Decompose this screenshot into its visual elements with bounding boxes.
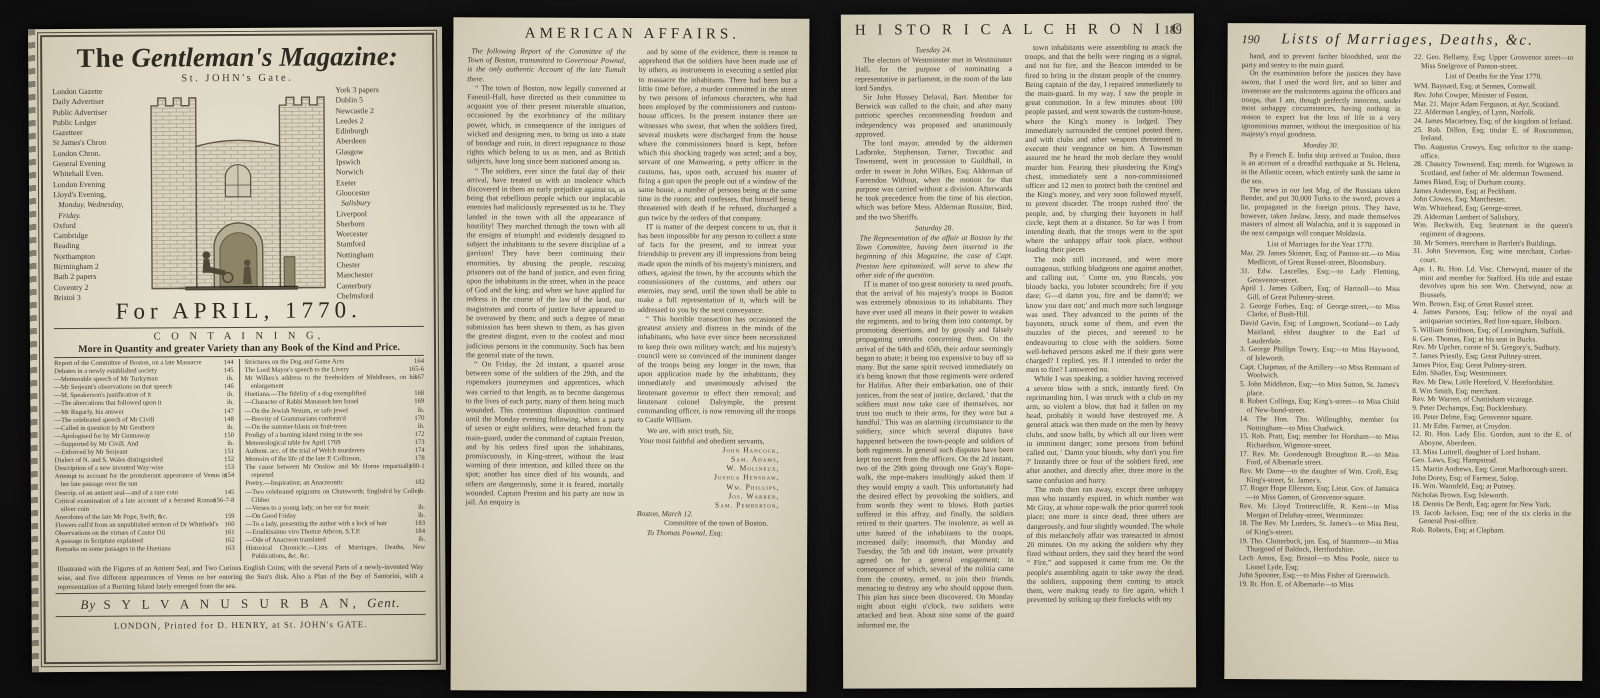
american-affairs-page: AMERICAN AFFAIRS. The following Report o… bbox=[451, 17, 810, 692]
newspaper-name: Monday, Wednesday, Friday. bbox=[53, 200, 140, 221]
page-content: 190 Lists of Marriages, Deaths, &c. hand… bbox=[1238, 31, 1573, 673]
death-entry: 28. Chauncy Townsend, Esq; memb. for Wig… bbox=[1413, 160, 1573, 178]
marriage-entry: 19. Rt. Hon. E. of Albemarle—to Miss bbox=[1239, 580, 1399, 590]
contents-entry: 156-7-8Critical examination of a late ac… bbox=[55, 497, 235, 514]
paragraph: “ On Friday, the 2d instant, a quarrel a… bbox=[465, 359, 624, 507]
newspaper-list-right: York 3 papersDublin 5Newcastle 2Leedes 2… bbox=[335, 83, 423, 302]
byline-by: By bbox=[80, 597, 96, 612]
newspaper-name: Newcastle 2 bbox=[336, 105, 423, 116]
page-header-lists: 190 Lists of Marriages, Deaths, &c. bbox=[1242, 31, 1574, 50]
st-johns-gate-engraving bbox=[139, 83, 336, 297]
marriage-entry: 17. Rev. Mr. Goodenough Broughton R.—to … bbox=[1239, 450, 1399, 468]
death-entry: 12. Rt. Hon. Lady Eliz. Gordon, aunt to … bbox=[1412, 430, 1572, 448]
page-content: AMERICAN AFFAIRS. The following Report o… bbox=[465, 25, 798, 683]
binding-edge bbox=[28, 29, 39, 672]
column-left: The following Report of the Committee of… bbox=[465, 46, 626, 536]
contents-entry: 167Mr Wilkes's address to the freeholder… bbox=[245, 374, 425, 391]
text-columns: hand, and to prevent farther bloodshed, … bbox=[1239, 52, 1574, 591]
magazine-title: The Gentleman's Magazine: bbox=[52, 41, 422, 73]
newspaper-name: Canterbury bbox=[337, 280, 424, 291]
column-left: hand, and to prevent farther bloodshed, … bbox=[1239, 52, 1401, 590]
magazine-title-main: Gentleman's Magazine: bbox=[131, 41, 397, 73]
letter-closing: We are, with strict truth, Sir, Your mos… bbox=[637, 426, 796, 445]
news-paragraphs: By a French E. India ship arrived at Tou… bbox=[1241, 151, 1401, 239]
marriage-entry: 31. Edw. Lascelles, Esq;—to Lady Fleming… bbox=[1240, 267, 1400, 285]
paragraph: “ This horrible transaction has occasion… bbox=[637, 314, 796, 425]
death-entry: Rob. Roberts, Esq; at Clapham. bbox=[1412, 526, 1572, 536]
newspaper-name: Coventry 2 bbox=[54, 282, 141, 293]
paragraph: On the examination before the justices t… bbox=[1241, 70, 1401, 140]
newspaper-name: Daily Advertiser bbox=[52, 97, 139, 108]
addressee-line: To Thomas Pownal, Esq; bbox=[637, 528, 796, 538]
newspaper-name: Stamford bbox=[336, 239, 423, 250]
marriages-list: Mar. 29. James Skinner, Esq; of Panton-s… bbox=[1239, 250, 1400, 590]
marriage-entry: 18. The Rev. Mr Lueders, St. James's—to … bbox=[1239, 519, 1399, 537]
deaths-list: WM. Baynard, Esq; at Sennen, Cornwall.Re… bbox=[1412, 82, 1574, 535]
page-content: H I STO R I C A L C H R O N I C L E. 189… bbox=[855, 21, 1184, 680]
contents-table: 144Report of the Committee of Boston, on… bbox=[54, 355, 425, 563]
closing-line-2: Your most faithful and obedient servants… bbox=[637, 436, 796, 446]
paragraph: hand, and to prevent farther bloodshed, … bbox=[1241, 52, 1401, 70]
death-entry: Wm. Beckwith, Esq; lieutenant in the que… bbox=[1413, 221, 1573, 239]
newspaper-list-left: London GazetteDaily AdvertiserPublic Adv… bbox=[52, 85, 140, 304]
marriage-entry: 5. John Middleton, Esq;—to Miss Sutton, … bbox=[1240, 380, 1400, 398]
marriage-entry: 19. Tho. Clutterbuck, jun. Esq, of Stanm… bbox=[1239, 537, 1399, 555]
newspaper-name: Ipswich bbox=[336, 157, 423, 168]
newspaper-name: Sherborn bbox=[336, 219, 423, 230]
newspaper-name: Public Ledger bbox=[53, 117, 140, 128]
paragraph: The mob then ran away, except three unha… bbox=[1026, 484, 1183, 604]
historical-chronicle-page: H I STO R I C A L C H R O N I C L E. 189… bbox=[841, 13, 1196, 688]
paragraph: The mob still increased, and were more o… bbox=[1026, 254, 1183, 374]
column-right: town inhabitants were assembling to atta… bbox=[1025, 42, 1184, 628]
magazine-title-the: The bbox=[77, 43, 125, 73]
marriage-entry: Mar. 29. James Skinner, Esq; of Panton-s… bbox=[1240, 250, 1400, 268]
column-left: Tuesday 24. The electors of Westminster … bbox=[855, 43, 1014, 629]
death-entry: Apr. 1. Rt. Hon. Ld. Visc. Chetwynd, mas… bbox=[1413, 265, 1573, 301]
motto-line: More in Quantity and greater Variety tha… bbox=[54, 342, 424, 355]
paragraph: and by some of the evidence, there is re… bbox=[638, 47, 797, 223]
newspaper-name: Norwich bbox=[336, 167, 423, 178]
marriage-entry: Capt. Chapman, of the Artillery—to Miss … bbox=[1240, 363, 1400, 381]
report-paragraphs-continued: and by some of the evidence, there is re… bbox=[637, 47, 797, 425]
marriage-entry: April 1. James Gilbert, Esq; of Hartnoll… bbox=[1240, 284, 1400, 302]
page-number: 190 bbox=[1242, 32, 1260, 47]
text-columns: Tuesday 24. The electors of Westminster … bbox=[855, 42, 1184, 629]
newspaper-name: Gloucester bbox=[336, 188, 423, 199]
date-heading-saturday-28: Saturday 28. bbox=[856, 223, 1013, 233]
page-header-american-affairs: AMERICAN AFFAIRS. bbox=[467, 25, 797, 43]
signature-date-row: Boston, March 12. bbox=[637, 509, 796, 519]
text-columns: The following Report of the Committee of… bbox=[465, 46, 797, 537]
cover-frame: The Gentleman's Magazine: St. JOHN's Gat… bbox=[40, 33, 438, 664]
death-entry: 25. Rob. Dillon, Esq; titular E. of Rosc… bbox=[1414, 126, 1574, 144]
newspaper-name: Public Advertiser bbox=[53, 107, 140, 118]
column-right: and by some of the evidence, there is re… bbox=[637, 47, 798, 537]
newspaper-name: Nottingham bbox=[336, 250, 423, 261]
paragraph: The news in our last Mag. of the Russian… bbox=[1241, 186, 1401, 239]
contents-entry: ib.—Two celebrated epigrams on Chatswort… bbox=[245, 487, 425, 504]
paragraph: “ The town of Boston, now legally conven… bbox=[467, 83, 626, 167]
death-entry: 4. James Parsons, Esq; fellow of the roy… bbox=[1413, 308, 1573, 326]
newspaper-name: Birmingham 2 bbox=[53, 262, 140, 273]
cover-page: The Gentleman's Magazine: St. JOHN's Gat… bbox=[28, 27, 446, 673]
preston-account-paragraph: IT is matter of too great notoriety to n… bbox=[856, 279, 1014, 629]
lists-title: Lists of Marriages, Deaths, &c. bbox=[1281, 31, 1534, 48]
marriage-entry: Lech Amos, Esq; Bristol—to Miss Poole, n… bbox=[1239, 554, 1399, 572]
marriages-deaths-page: 190 Lists of Marriages, Deaths, &c. hand… bbox=[1224, 23, 1585, 681]
newspaper-name: Northampton bbox=[53, 251, 140, 262]
marriage-entry: 15. Rob. Pratt, Esq; member for Horsham—… bbox=[1239, 432, 1399, 450]
report-paragraphs: “ The town of Boston, now legally conven… bbox=[465, 83, 625, 507]
newspaper-name: Glasgow bbox=[336, 147, 423, 158]
illustration-note: Illustrated with the Figures of an Antie… bbox=[55, 563, 425, 591]
paragraph: Sir John Hussey Delaval, Bart. Member fo… bbox=[855, 92, 1012, 139]
newspaper-name: Aberdeen bbox=[336, 136, 423, 147]
marriage-entry: 14. The Hon. Tho. Willoughby, member for… bbox=[1240, 415, 1400, 433]
chronicle-paragraphs: The electors of Westminster met in Westm… bbox=[855, 55, 1013, 221]
editorial-note: The Representation of the affair at Bost… bbox=[856, 233, 1013, 280]
chronicle-title: H I STO R I C A L C H R O N I C L E. bbox=[855, 21, 1196, 38]
letter-date: Boston, March 12. bbox=[637, 509, 693, 518]
newspaper-name: Bath 2 papers bbox=[54, 272, 141, 283]
byline-name: S Y L V A N U S U R B A N, bbox=[103, 595, 359, 612]
newspaper-name: Worcester bbox=[336, 229, 423, 240]
newspaper-name: Dublin 5 bbox=[335, 95, 422, 106]
paragraph: The electors of Westminster met in Westm… bbox=[855, 55, 1012, 92]
paragraph: While I was speaking, a soldier having r… bbox=[1026, 374, 1183, 485]
byline: By S Y L V A N U S U R B A N, Gent. bbox=[55, 591, 425, 617]
newspaper-name: Whitehall Even. bbox=[53, 169, 140, 180]
newspaper-name: Gazetteer bbox=[53, 128, 140, 139]
marriage-entry: 22. Geo. Bellamy, Esq; Upper Grosvenor s… bbox=[1414, 53, 1574, 71]
gate-row: London GazetteDaily AdvertiserPublic Adv… bbox=[52, 83, 423, 297]
byline-gent: Gent. bbox=[367, 595, 401, 610]
marriage-entry: 3. George Phillips Towry, Esq;—to Miss H… bbox=[1240, 345, 1400, 363]
report-intro: The following Report of the Committee of… bbox=[467, 46, 626, 84]
newspaper-name: General Evening bbox=[53, 159, 140, 170]
newspaper-name: Salisbury bbox=[336, 198, 423, 209]
newspaper-name: Manchester bbox=[337, 270, 424, 281]
paragraph: “ The soldiers, ever since the fatal day… bbox=[466, 166, 625, 360]
newspaper-name: Lloyd's Evening, bbox=[53, 190, 140, 201]
newspaper-name: Liverpool bbox=[336, 208, 423, 219]
date-heading-tuesday-24: Tuesday 24. bbox=[855, 45, 1012, 55]
preston-account-continued: town inhabitants were assembling to atta… bbox=[1025, 42, 1184, 604]
newspaper-name: Exeter bbox=[336, 178, 423, 189]
closing-line-1: We are, with strict truth, Sir, bbox=[637, 426, 796, 436]
marriage-entry: 8. Robert Collings, Esq; King's-street—t… bbox=[1240, 398, 1400, 416]
marriage-entry: 17. Roger Hope Ellerson, Esq; Lieut. Gov… bbox=[1239, 485, 1399, 503]
newspaper-name: Oxford bbox=[53, 220, 140, 231]
imprint-line: LONDON, Printed for D. HENRY, at St. JOH… bbox=[56, 617, 426, 631]
paragraph: The lord mayor, attended by the aldermen… bbox=[855, 138, 1012, 221]
paragraph: By a French E. India ship arrived at Tou… bbox=[1241, 151, 1401, 187]
contents-entry: 163Remarks on some passages in the Hueti… bbox=[55, 545, 235, 554]
newspaper-name: Cambridge bbox=[53, 231, 140, 242]
newspaper-name: St James's Chron bbox=[53, 138, 140, 149]
containing-heading: C O N T A I N I N G, bbox=[54, 330, 424, 343]
paragraph: IT is matter of the deepest concern to u… bbox=[638, 222, 797, 315]
newspaper-name: Chester bbox=[336, 260, 423, 271]
death-entry: Tho. Augustus Cruwys, Esq; solicitor to … bbox=[1414, 143, 1574, 161]
signature-list: John Hancock,Sam. Adams,W. Molineux,Josh… bbox=[637, 445, 796, 510]
contents-left-column: 144Report of the Committee of Boston, on… bbox=[54, 359, 235, 562]
chronicle-end-paragraphs: hand, and to prevent farther bloodshed, … bbox=[1241, 52, 1401, 140]
death-entry: 19. Jacob Jackson, Esq; one of the six c… bbox=[1412, 509, 1572, 527]
newspaper-name: London Chron. bbox=[53, 148, 140, 159]
newspaper-name: Leedes 2 bbox=[336, 116, 423, 127]
marriage-entry: David Gavin, Esq; of Langtown, Scotland—… bbox=[1240, 319, 1400, 346]
death-entry: 31. John Stevenson, Esq; wine merchant, … bbox=[1413, 248, 1573, 266]
page-header-historical-chronicle: H I STO R I C A L C H R O N I C L E. 189 bbox=[855, 21, 1182, 39]
contents-right-column: 164Strictures on the Dog and Game Acts16… bbox=[239, 358, 426, 561]
newspaper-name: Edinburgh bbox=[336, 126, 423, 137]
newspaper-name: Reading bbox=[53, 241, 140, 252]
column-right: 22. Geo. Bellamy, Esq; Upper Grosvenor s… bbox=[1411, 53, 1573, 591]
page-number: 189 bbox=[1164, 22, 1182, 37]
newspaper-name: London Evening bbox=[53, 179, 140, 190]
contents-entry: 154Attempt to account for the protuberan… bbox=[55, 472, 235, 489]
marriage-entry: Rev. Mr. Lloyd Trotterscliffe, R. Kent—t… bbox=[1239, 502, 1399, 520]
marriage-entry: Rev. Mr Dame—to the daughter of Wm. Crof… bbox=[1239, 467, 1399, 485]
rule bbox=[54, 326, 424, 329]
contents-entry: Historical Chronicle.—Lists of Marriages… bbox=[246, 544, 426, 561]
paragraph: town inhabitants were assembling to atta… bbox=[1025, 42, 1183, 254]
marriage-entry: 2. George Forbes, Esq; of George-street,… bbox=[1240, 302, 1400, 320]
newspaper-name: London Gazette bbox=[52, 87, 139, 98]
contents-entry: 180-1The cause between Mr Onslow and Mr … bbox=[245, 463, 425, 480]
newspaper-name: York 3 papers bbox=[335, 85, 422, 96]
